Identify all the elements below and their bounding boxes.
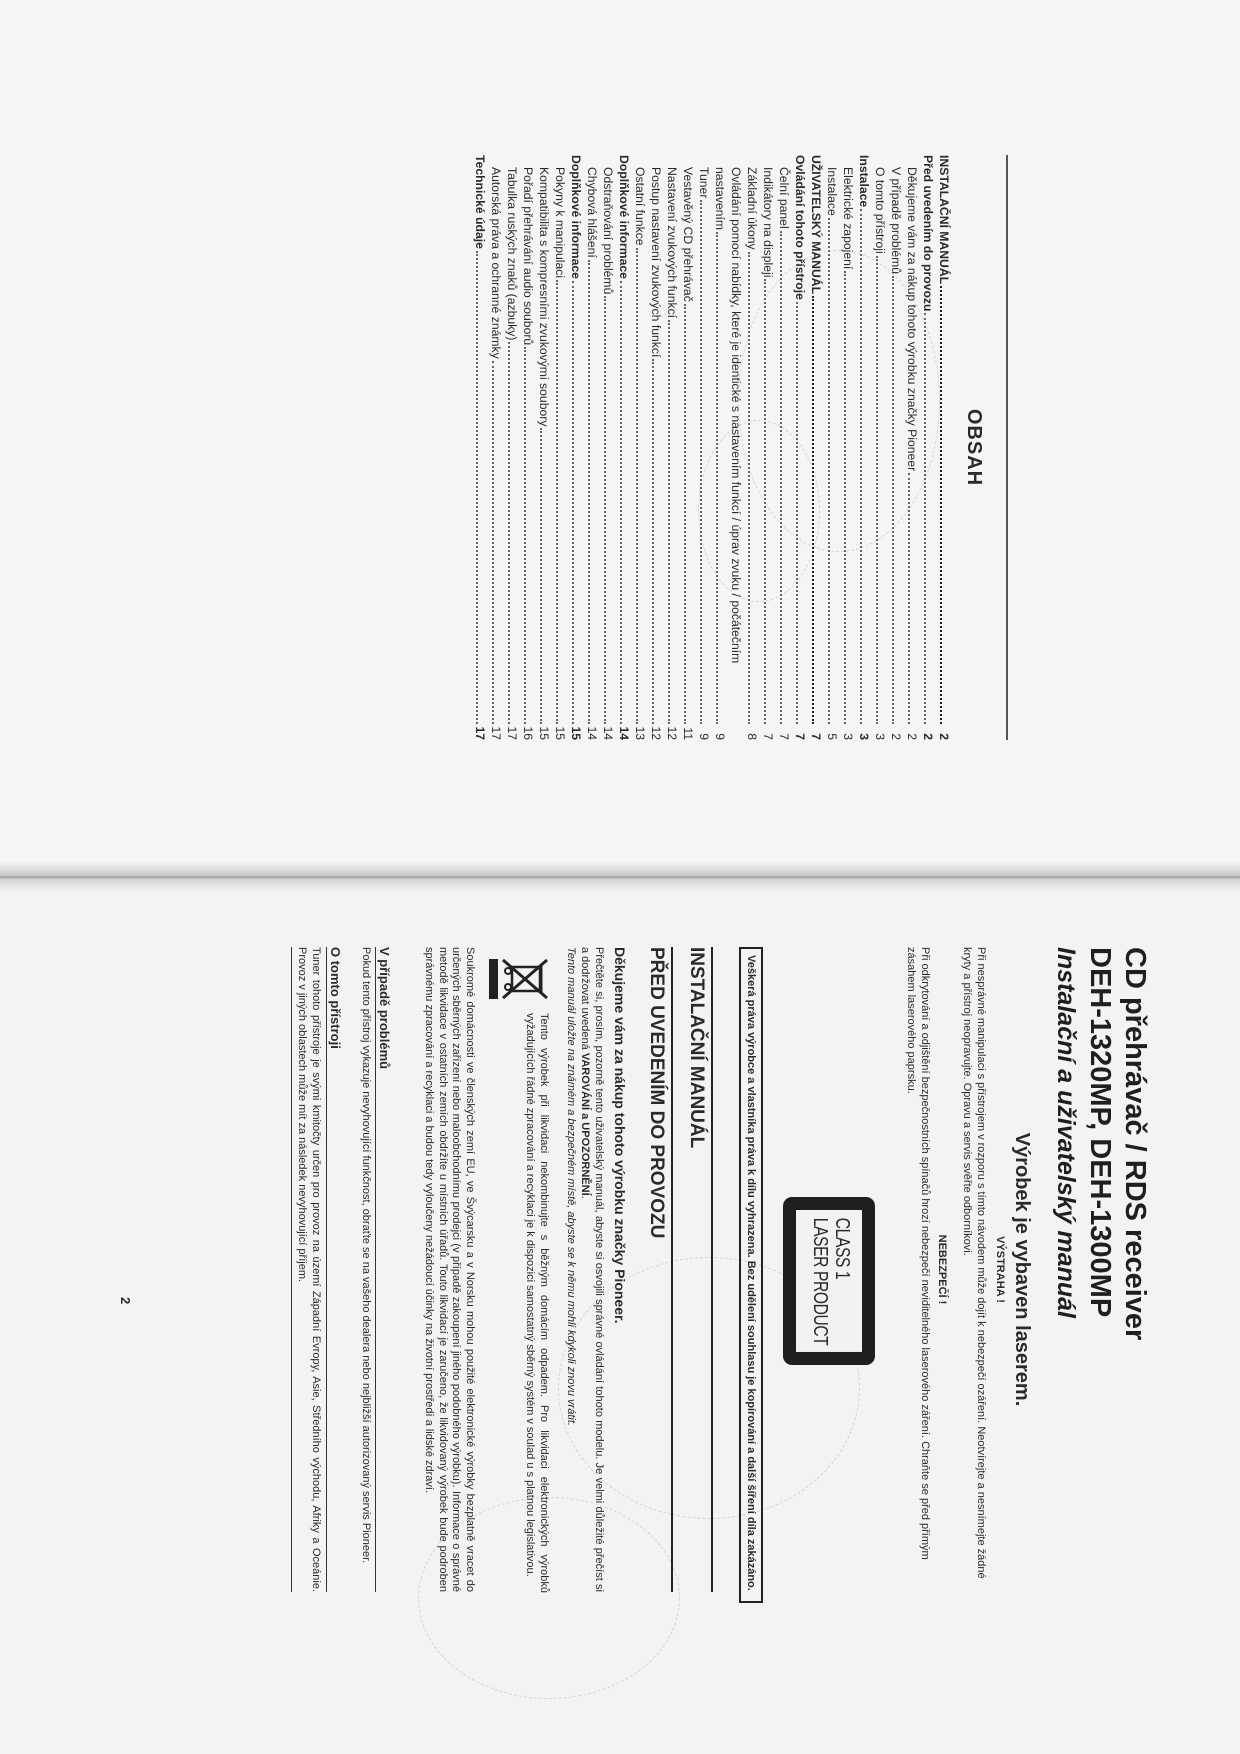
toc-entry: Chybová hlášení14 — [584, 155, 600, 740]
toc-entry: Ovládání tohoto přístroje7 — [792, 155, 808, 740]
toc-entry-label: Ovládání tohoto přístroje — [792, 155, 808, 300]
toc-entry-label: Základní úkony — [744, 167, 760, 250]
toc-leader-dots — [748, 252, 751, 724]
section-install-manual: INSTALAČNÍ MANUÁL — [685, 947, 713, 1592]
toc-leader-dots — [924, 313, 927, 724]
about-device-heading: O tomto přístroji — [326, 947, 343, 1592]
end-rule — [291, 947, 292, 1592]
toc-entry: V případě problémů2 — [888, 155, 904, 740]
toc-leader-dots — [796, 302, 799, 724]
thanks-heading: Děkujeme vám za nákup tohoto výrobku zna… — [612, 947, 628, 1324]
toc-entry: UŽIVATELSKÝ MANUÁL7 — [808, 155, 824, 740]
toc-entry-page: 11 — [680, 726, 696, 740]
warning-label: VÝSTRAHA ! — [994, 947, 1006, 1592]
toc-entry-label: Elektrické zapojení — [840, 167, 856, 269]
toc-leader-dots — [940, 286, 943, 724]
toc-entry: Kompatibilita s kompresními zvukovými so… — [536, 155, 552, 740]
toc-leader-dots — [540, 428, 543, 724]
toc-entry-page: 3 — [872, 726, 888, 740]
toc-page: OBSAH INSTALAČNÍ MANUÁL2Před uvedením do… — [0, 0, 1240, 877]
toc-entry-page: 13 — [632, 726, 648, 740]
toc-entry-page: 14 — [584, 726, 600, 740]
toc-entry-label: Kompatibilita s kompresními zvukovými so… — [536, 167, 552, 426]
weee-bar — [489, 959, 498, 999]
document-spread: OBSAH INSTALAČNÍ MANUÁL2Před uvedením do… — [0, 0, 1240, 1754]
toc-leader-dots — [700, 200, 703, 724]
intro-page: CD přehrávač / RDS receiver DEH-1320MP, … — [0, 877, 1240, 1754]
weee-paragraph: Tento výrobek při likvidaci nekombinujte… — [523, 1013, 550, 1593]
toc-leader-dots — [588, 260, 591, 724]
crossed-out-wheelie-bin-icon — [500, 957, 550, 1001]
toc-entry-page: 17 — [488, 726, 504, 740]
toc-leader-dots — [492, 361, 495, 724]
toc-entry-page: 14 — [600, 726, 616, 740]
toc-entry-label: V případě problémů — [888, 167, 904, 274]
toc-entry: Instalace5 — [824, 155, 840, 740]
toc-entry-label: Pořadí přehrávání audio souborů — [520, 167, 536, 345]
toc-entry-page: 2 — [936, 726, 952, 740]
toc-leader-dots — [652, 359, 655, 724]
toc-entry-label: Chybová hlášení — [584, 167, 600, 258]
toc-leader-dots — [508, 342, 511, 724]
toc-leader-dots — [844, 271, 847, 724]
toc-leader-dots — [716, 232, 719, 724]
toc-entry-label: Instalace — [824, 167, 840, 216]
toc-entry-page: 12 — [664, 726, 680, 740]
toc-entry-label: Čelní panel — [776, 167, 792, 229]
toc-entry-page: 15 — [568, 726, 584, 740]
toc-entry-label: Odstraňování problémů — [600, 167, 616, 294]
toc-top-rule — [1006, 155, 1008, 740]
toc-entry: Nastavení zvukových funkcí12 — [664, 155, 680, 740]
toc-entry: Postup nastavení zvukových funkcí12 — [648, 155, 664, 740]
toc-leader-dots — [668, 320, 671, 724]
toc-entry-label: Doplňkové informace — [616, 155, 632, 279]
toc-entry-label: Vestavěný CD přehrávač — [680, 167, 696, 302]
toc-leader-dots — [876, 256, 879, 724]
toc-leader-dots — [620, 281, 623, 724]
toc-entry-label: Postup nastavení zvukových funkcí — [648, 167, 664, 357]
toc-leader-dots — [764, 279, 767, 724]
toc-entry-label: Autorská práva a ochranné známky — [488, 167, 504, 359]
toc-entry-label: Děkujeme vám za nákup tohoto výrobku zna… — [904, 167, 920, 471]
toc-leader-dots — [572, 281, 575, 724]
toc-entry: Doplňkové informace14 — [616, 155, 632, 740]
toc-entry-label: Před uvedením do provozu — [920, 155, 936, 311]
toc-entry: Děkujeme vám za nákup tohoto výrobku zna… — [904, 155, 920, 740]
toc-entry-page: 15 — [536, 726, 552, 740]
toc-entry: Před uvedením do provozu2 — [920, 155, 936, 740]
document-title: CD přehrávač / RDS receiver DEH-1320MP, … — [1082, 947, 1152, 1340]
toc-entry-page: 7 — [808, 726, 824, 740]
toc-entry-page: 7 — [792, 726, 808, 740]
toc-leader-dots — [476, 251, 479, 724]
toc-entry: Odstraňování problémů14 — [600, 155, 616, 740]
toc-entry: Vestavěný CD přehrávač11 — [680, 155, 696, 740]
toc-entry: Doplňkové informace15 — [568, 155, 584, 740]
toc-entry-label-cont: nastavením — [712, 167, 728, 230]
about-device-paragraph: Tuner tohoto přístroje je svými kmitočty… — [295, 947, 322, 1592]
toc-entry: Indikátory na displeji7 — [760, 155, 776, 740]
toc-leader-dots — [908, 473, 911, 724]
toc-entry-label: Technické údaje — [472, 155, 488, 249]
toc-leader-dots — [860, 209, 863, 724]
toc-entry: Čelní panel7 — [776, 155, 792, 740]
toc-entry-page: 9 — [712, 726, 728, 740]
section-before-use: PŘED UVEDENÍM DO PROVOZU — [645, 947, 673, 1592]
toc-entry-label: Nastavení zvukových funkcí — [664, 167, 680, 318]
toc-entry-page: 2 — [888, 726, 904, 740]
laser-class-line-1: CLASS 1 — [831, 1218, 853, 1344]
toc-entry: Technické údaje17 — [472, 155, 488, 740]
toc-entry: Tabulka ruských znaků (azbuky)17 — [504, 155, 520, 740]
toc-entry-page: 2 — [920, 726, 936, 740]
toc-entry-label: Indikátory na displeji — [760, 167, 776, 277]
toc-entry-page: 3 — [840, 726, 856, 740]
toc-entry-page: 14 — [616, 726, 632, 740]
danger-text: Při odkrytování a odjištění bezpečnostní… — [904, 947, 932, 1592]
toc-leader-dots — [828, 218, 831, 724]
toc-leader-dots — [780, 231, 783, 724]
page-fold — [0, 862, 1240, 892]
toc-leader-dots — [524, 347, 527, 724]
toc-entry-page: 12 — [648, 726, 664, 740]
toc-leader-dots — [636, 248, 639, 724]
toc-leader-dots — [556, 280, 559, 724]
toc-entry-page: 15 — [552, 726, 568, 740]
toc-entry-page: 17 — [472, 726, 488, 740]
toc-leader-dots — [812, 296, 815, 724]
laser-heading: Výrobek je vybaven laserem. — [1010, 947, 1033, 1592]
toc-entry-label: Pokyny k manipulaci — [552, 167, 568, 278]
read-manual-paragraph: Přečtěte si, prosím, pozorně tento uživa… — [578, 947, 606, 1592]
laser-class-label: CLASS 1 LASER PRODUCT — [783, 1197, 875, 1365]
eu-disposal-paragraph: Soukromé domácnosti ve členských zemí EU… — [422, 947, 476, 1592]
toc-entry: Pokyny k manipulaci15 — [552, 155, 568, 740]
warnings-emphasis: VAROVÁNÍ a UPOZORNĚNÍ — [579, 1053, 591, 1196]
toc-entry: Tuner9 — [696, 155, 712, 740]
toc-entry-page: 7 — [760, 726, 776, 740]
toc-entry: Ovládání pomocí nabídky, které je identi… — [712, 155, 744, 740]
toc-entry: Autorská práva a ochranné známky17 — [488, 155, 504, 740]
toc-leader-dots — [684, 304, 687, 724]
toc-entry-page: 17 — [504, 726, 520, 740]
toc-entry-label: INSTALAČNÍ MANUÁL — [936, 155, 952, 284]
toc-entry-label: Instalace — [856, 155, 872, 207]
toc-entry-page: 7 — [776, 726, 792, 740]
toc-entry-label: O tomto přístroji — [872, 167, 888, 254]
toc-entry-page: 8 — [744, 726, 760, 740]
toc-entry-label: UŽIVATELSKÝ MANUÁL — [808, 155, 824, 294]
title-line-2: DEH-1320MP, DEH-1300MP — [1082, 947, 1117, 1340]
toc-entry: Elektrické zapojení3 — [840, 155, 856, 740]
toc-entry-page: 16 — [520, 726, 536, 740]
toc-entry: O tomto přístroji3 — [872, 155, 888, 740]
toc-entry-page: 3 — [856, 726, 872, 740]
document-subtitle: Instalační a uživatelský manuál — [1051, 947, 1080, 1318]
toc-title: OBSAH — [962, 155, 985, 740]
toc-entry-label: Ovládání pomocí nabídky, které je identi… — [728, 167, 744, 740]
toc-entry-page: 9 — [696, 726, 712, 740]
toc-entry-page: 5 — [824, 726, 840, 740]
problems-paragraph: Pokud tento přístroj vykazuje nevyhovují… — [359, 947, 373, 1592]
problems-heading: V případě problémů — [375, 947, 392, 1592]
laser-class-line-2: LASER PRODUCT — [809, 1218, 831, 1344]
danger-label: NEBEZPEČÍ ! — [936, 947, 948, 1592]
toc-entry-label: Ostatní funkce — [632, 167, 648, 246]
rights-notice: Veškerá práva výrobce a vlastníka práva … — [739, 947, 763, 1603]
toc-leader-dots — [604, 296, 607, 724]
keep-manual-paragraph: Tento manuál uložte na známém a bezpečné… — [564, 947, 578, 1592]
toc-entry: Instalace3 — [856, 155, 872, 740]
toc-entry-label: Tabulka ruských znaků (azbuky) — [504, 167, 520, 340]
toc-entry-label: Tuner — [696, 167, 712, 198]
toc-leader-dots — [892, 276, 895, 724]
page-number: 2 — [118, 1297, 133, 1304]
toc-entry-page: 2 — [904, 726, 920, 740]
toc-entry: Pořadí přehrávání audio souborů16 — [520, 155, 536, 740]
toc-entry-label: Doplňkové informace — [568, 155, 584, 279]
toc-entry: INSTALAČNÍ MANUÁL2 — [936, 155, 952, 740]
toc-entry: Ostatní funkce13 — [632, 155, 648, 740]
warning-text: Při nesprávné manipulaci s přístrojem v … — [960, 947, 988, 1592]
title-line-1: CD přehrávač / RDS receiver — [1117, 947, 1152, 1340]
toc-entry: Základní úkony8 — [744, 155, 760, 740]
table-of-contents: INSTALAČNÍ MANUÁL2Před uvedením do provo… — [472, 155, 952, 740]
